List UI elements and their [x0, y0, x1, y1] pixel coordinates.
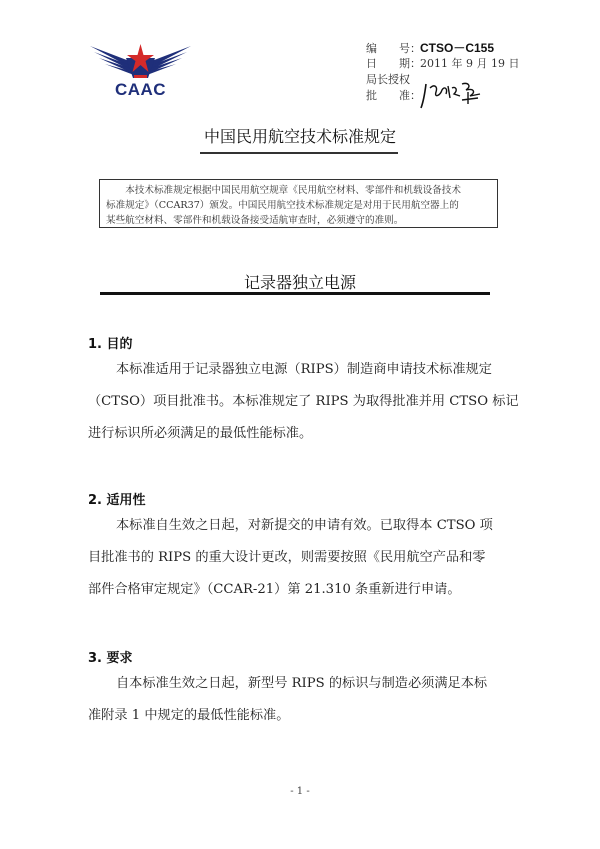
preamble-text: 本技术标准规定根据中国民用航空规章《民用航空材料、零部件和机载设备技术: [106, 183, 491, 198]
caac-logo: CAAC: [88, 38, 193, 108]
paragraph-line: 部件合格审定规定》（CCAR-21）第 21.310 条重新进行申请。: [88, 574, 512, 606]
section-heading-requirements: 3. 要求: [88, 647, 133, 666]
paragraph-line: 准附录 1 中规定的最低性能标准。: [88, 700, 512, 732]
section-body-applicability: 本标准自生效之日起，对新提交的申请有效。已取得本 CTSO 项 目批准书的 RI…: [88, 510, 512, 606]
meta-label: 日 期：: [366, 56, 420, 72]
preamble-line: 本技术标准规定根据中国民用航空规章《民用航空材料、零部件和机载设备技术: [106, 183, 491, 198]
paragraph-line: 进行标识所必须满足的最低性能标准。: [88, 418, 512, 450]
document-date: 2011 年 9 月 19 日: [420, 56, 519, 72]
logo-text: CAAC: [88, 80, 193, 100]
section-body-requirements: 自本标准生效之日起，新型号 RIPS 的标识与制造必须满足本标 准附录 1 中规…: [88, 668, 512, 732]
signature-icon: [418, 78, 488, 110]
section-body-purpose: 本标准适用于记录器独立电源（RIPS）制造商申请技术标准规定 （CTSO）项目批…: [88, 354, 512, 450]
paragraph-line: 目批准书的 RIPS 的重大设计更改，则需要按照《民用航空产品和零: [88, 542, 512, 574]
title-divider: [200, 152, 398, 154]
meta-label: 编 号：: [366, 41, 420, 57]
preamble-box: 本技术标准规定根据中国民用航空规章《民用航空材料、零部件和机载设备技术 标准规定…: [99, 179, 498, 228]
preamble-line: 某些航空材料、零部件和机载设备接受适航审查时，必须遵守的准则。: [106, 213, 491, 228]
document-subject: 记录器独立电源: [0, 270, 600, 293]
section-heading-purpose: 1. 目的: [88, 333, 133, 352]
paragraph-line: 本标准适用于记录器独立电源（RIPS）制造商申请技术标准规定: [88, 354, 512, 386]
paragraph-line: 本标准自生效之日起，对新提交的申请有效。已取得本 CTSO 项: [88, 510, 512, 542]
meta-number: 编 号： CTSO－C155: [366, 40, 519, 56]
meta-label: 批 准：: [366, 88, 420, 104]
page-number: - 1 -: [0, 786, 600, 797]
wings-star-icon: [88, 38, 193, 82]
document-title: 中国民用航空技术标准规定: [0, 124, 600, 147]
paragraph-line: （CTSO）项目批准书。本标准规定了 RIPS 为取得批准并用 CTSO 标记: [88, 386, 512, 418]
meta-date: 日 期： 2011 年 9 月 19 日: [366, 56, 519, 72]
subject-divider: [100, 292, 490, 295]
preamble-line: 标准规定》（CCAR37）颁发。中国民用航空技术标准规定是对用于民用航空器上的: [106, 198, 491, 213]
paragraph-line: 自本标准生效之日起，新型号 RIPS 的标识与制造必须满足本标: [88, 668, 512, 700]
document-number: CTSO－C155: [420, 40, 494, 56]
section-heading-applicability: 2. 适用性: [88, 489, 146, 508]
meta-label: 局长授权: [366, 72, 420, 88]
